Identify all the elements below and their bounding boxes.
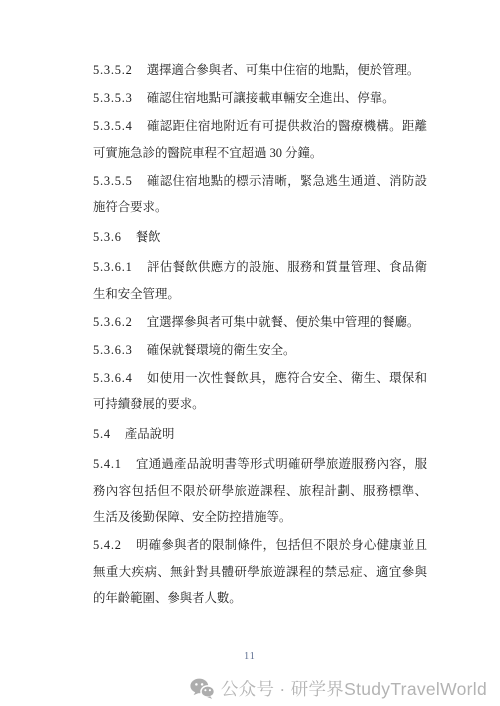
- clause-number: 5.3.5.3: [93, 91, 133, 105]
- clause-number: 5.4.1: [93, 457, 122, 471]
- clause-5-3-6-2: 5.3.6.2宜選擇參與者可集中就餐、便於集中管理的餐廳。: [93, 309, 427, 336]
- clause-number: 5.3.6.3: [93, 343, 133, 357]
- watermark-text: 公众号 · 研学界StudyTravelWorld: [221, 676, 487, 701]
- clause-5-3-5-2: 5.3.5.2選擇適合參與者、可集中住宿的地點，便於管理。: [93, 57, 427, 84]
- clause-text: 如使用一次性餐飲具，應符合安全、衛生、環保和可持續發展的要求。: [93, 371, 427, 412]
- section-heading-5-3-6: 5.3.6餐飲: [93, 224, 427, 251]
- clause-text: 確認距住宿地附近有可提供救治的醫療機構。距離可實施急診的醫院車程不宜超過 30 …: [93, 119, 427, 160]
- page-number: 11: [0, 651, 500, 662]
- document-body: 5.3.5.2選擇適合參與者、可集中住宿的地點，便於管理。 5.3.5.3確認住…: [93, 57, 427, 613]
- section-title: 產品說明: [125, 427, 175, 441]
- clause-number: 5.3.5.2: [93, 63, 133, 77]
- clause-text: 宜選擇參與者可集中就餐、便於集中管理的餐廳。: [147, 315, 420, 329]
- clause-number: 5.3.5.4: [93, 119, 133, 133]
- clause-5-3-5-5: 5.3.5.5確認住宿地點的標示清晰，緊急逃生通道、消防設施符合要求。: [93, 168, 427, 221]
- section-number: 5.4: [93, 427, 111, 441]
- clause-text: 明確參與者的限制條件，包括但不限於身心健康並且無重大疾病、無針對具體研學旅遊課程…: [93, 538, 427, 605]
- clause-text: 確認住宿地點可讓接載車輛安全進出、停靠。: [147, 91, 395, 105]
- clause-5-3-6-1: 5.3.6.1評估餐飲供應方的設施、服務和質量管理、食品衛生和安全管理。: [93, 254, 427, 307]
- clause-number: 5.3.6.1: [93, 260, 133, 274]
- clause-5-4-1: 5.4.1宜通過產品說明書等形式明確研學旅遊服務內容，服務內容包括但不限於研學旅…: [93, 451, 427, 531]
- document-page: 5.3.5.2選擇適合參與者、可集中住宿的地點，便於管理。 5.3.5.3確認住…: [0, 0, 500, 706]
- clause-number: 5.3.6.4: [93, 371, 133, 385]
- section-title: 餐飲: [136, 230, 161, 244]
- clause-text: 評估餐飲供應方的設施、服務和質量管理、食品衛生和安全管理。: [93, 260, 427, 301]
- clause-5-3-5-3: 5.3.5.3確認住宿地點可讓接載車輛安全進出、停靠。: [93, 85, 427, 112]
- clause-number: 5.3.6.2: [93, 315, 133, 329]
- clause-number: 5.3.5.5: [93, 174, 133, 188]
- clause-text: 選擇適合參與者、可集中住宿的地點，便於管理。: [147, 63, 420, 77]
- wechat-icon: [190, 678, 215, 699]
- clause-number: 5.4.2: [93, 538, 122, 552]
- section-heading-5-4: 5.4產品說明: [93, 421, 427, 448]
- watermark-footer: 公众号 · 研学界StudyTravelWorld: [190, 675, 487, 701]
- clause-5-4-2: 5.4.2明確參與者的限制條件，包括但不限於身心健康並且無重大疾病、無針對具體研…: [93, 532, 427, 612]
- clause-5-3-5-4: 5.3.5.4確認距住宿地附近有可提供救治的醫療機構。距離可實施急診的醫院車程不…: [93, 113, 427, 166]
- clause-text: 宜通過產品說明書等形式明確研學旅遊服務內容，服務內容包括但不限於研學旅遊課程、旅…: [93, 457, 427, 524]
- clause-text: 確保就餐環境的衛生安全。: [147, 343, 296, 357]
- section-number: 5.3.6: [93, 230, 122, 244]
- clause-5-3-6-3: 5.3.6.3確保就餐環境的衛生安全。: [93, 337, 427, 364]
- clause-text: 確認住宿地點的標示清晰，緊急逃生通道、消防設施符合要求。: [93, 174, 427, 215]
- clause-5-3-6-4: 5.3.6.4如使用一次性餐飲具，應符合安全、衛生、環保和可持續發展的要求。: [93, 365, 427, 418]
